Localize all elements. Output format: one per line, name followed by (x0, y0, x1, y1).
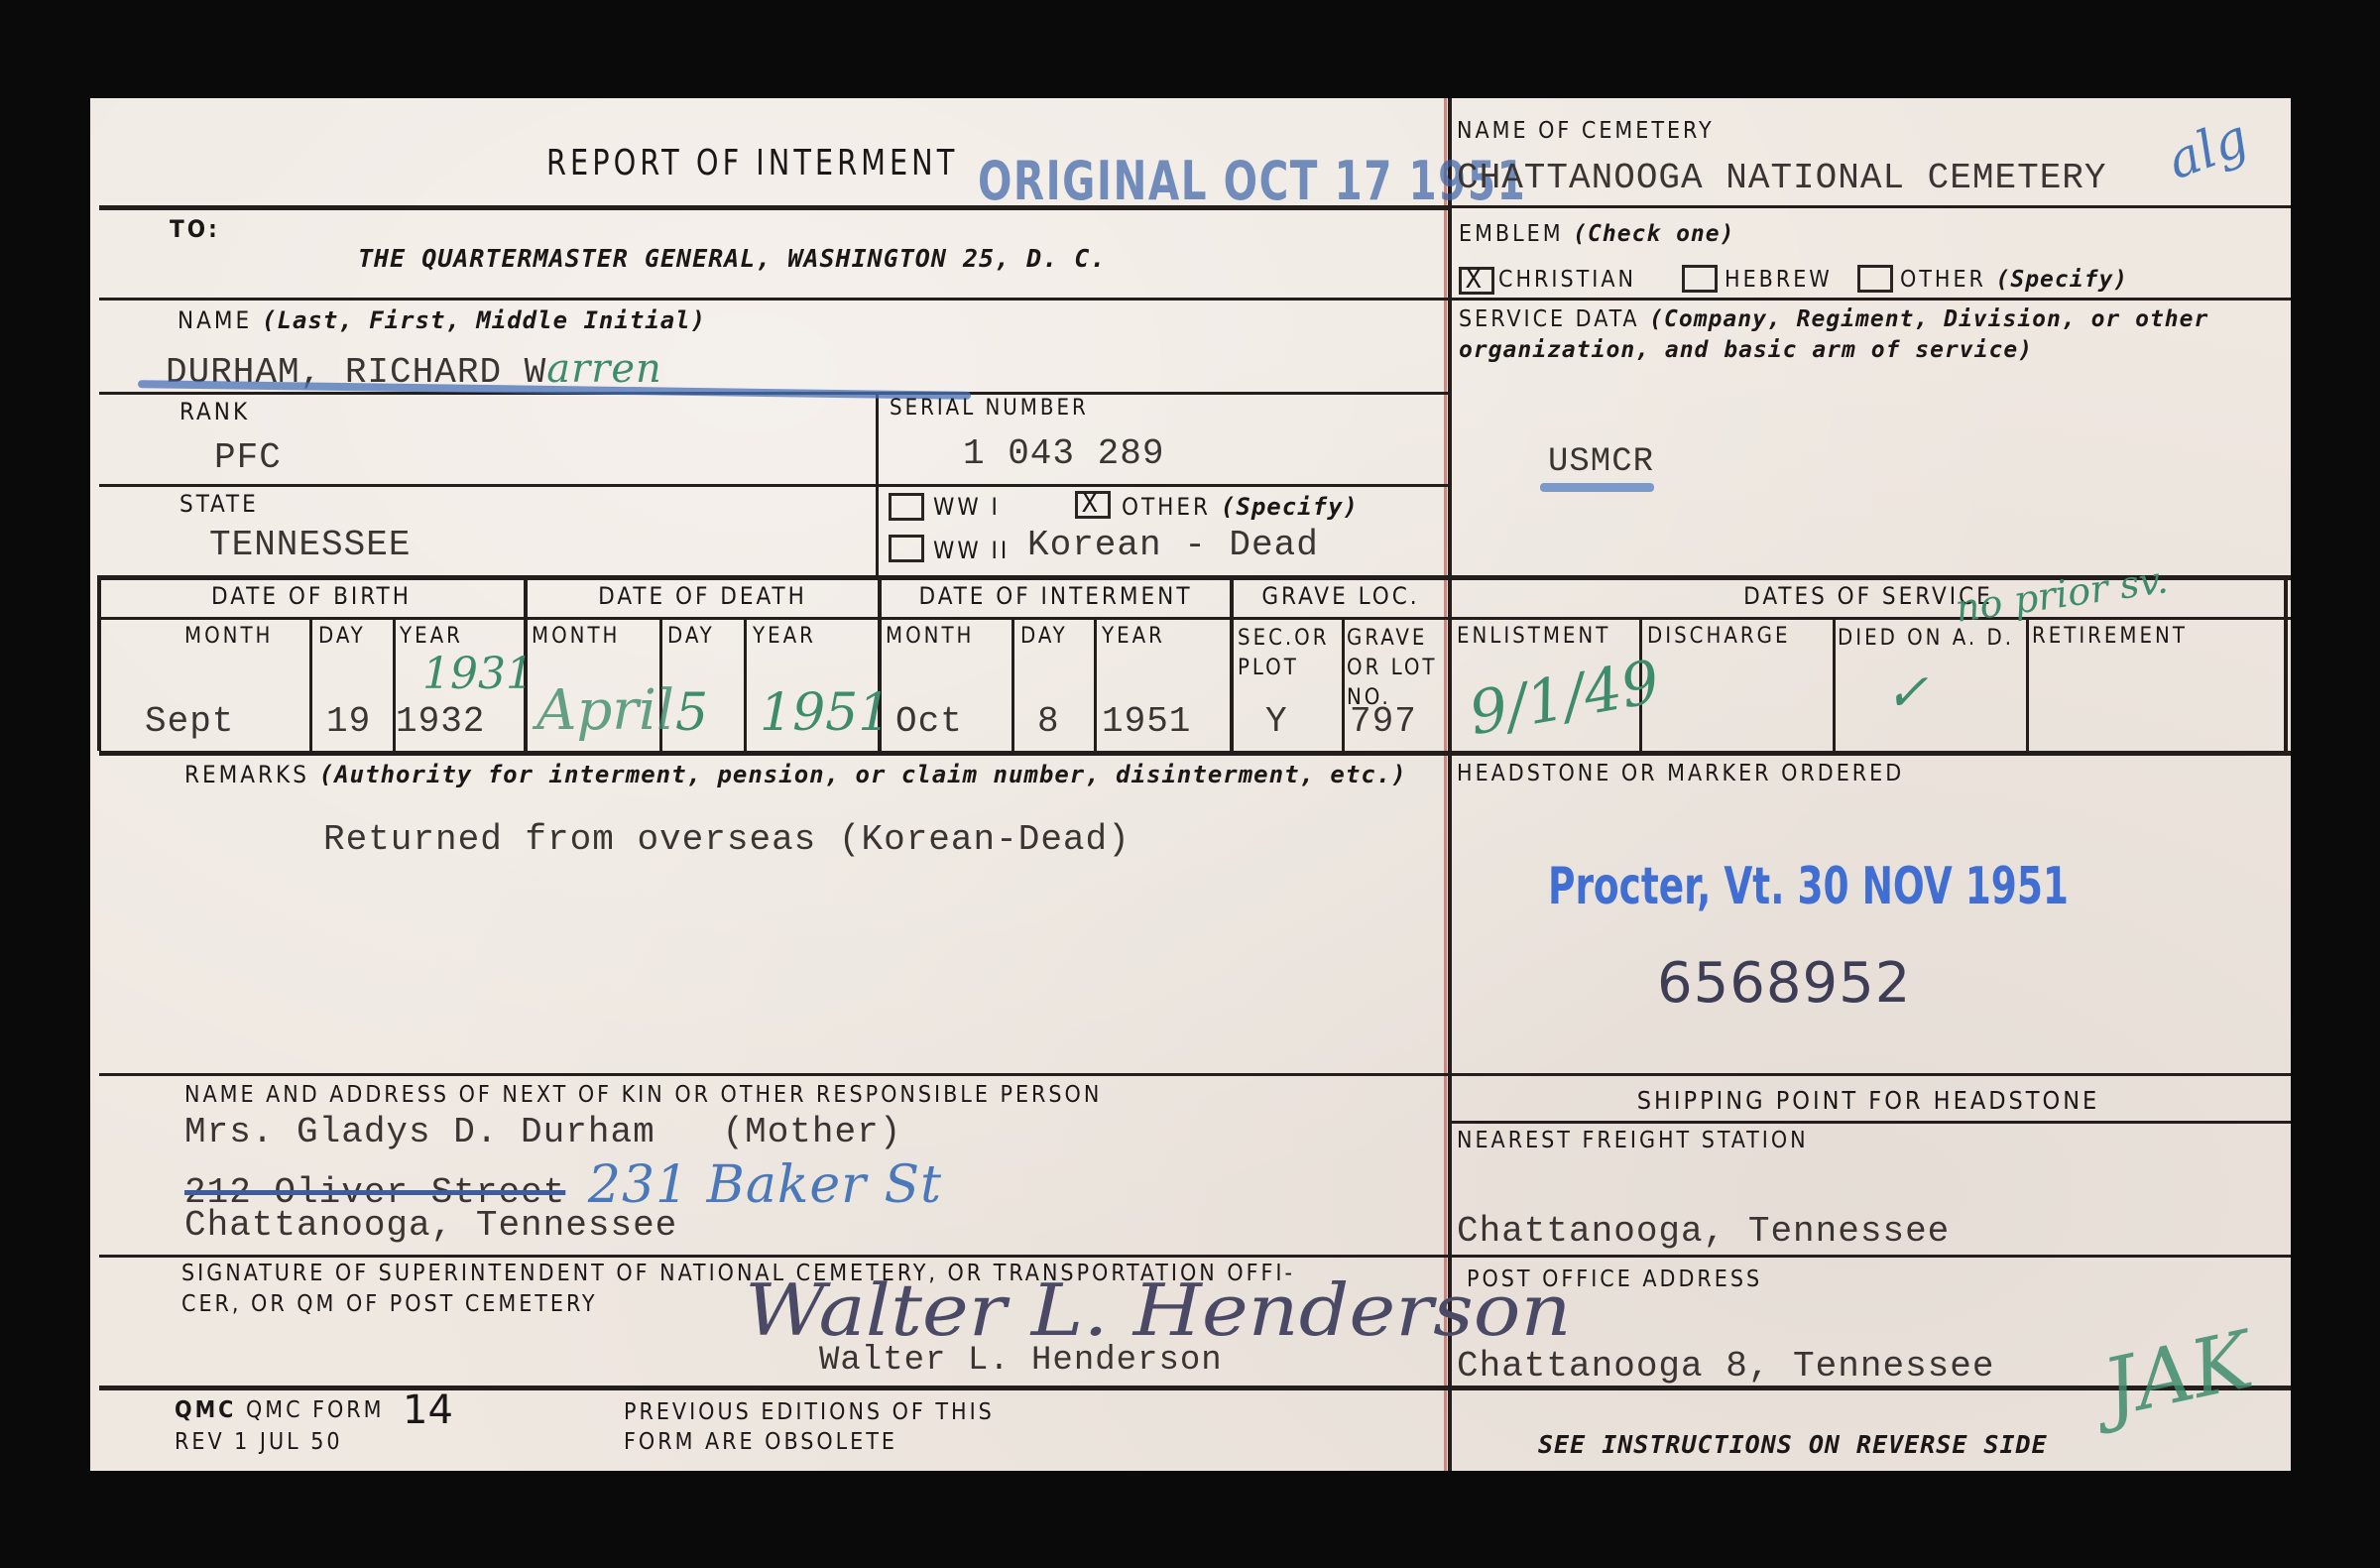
state-label: STATE (179, 490, 259, 518)
shipping-header: SHIPPING POINT FOR HEADSTONE (1452, 1086, 2285, 1115)
died-on-ad-label: DIED ON A. D. (1838, 624, 2021, 654)
rule (1448, 205, 2291, 208)
form-title: REPORT OF INTERMENT (546, 143, 958, 183)
grave-lot: 797 (1350, 701, 1417, 742)
rule (1833, 617, 1836, 751)
death-month: April (536, 678, 674, 743)
signature-typed: Walter L. Henderson (819, 1342, 1223, 1380)
birth-year-label: YEAR (400, 624, 463, 649)
emblem-christian-checkbox[interactable]: X (1459, 267, 1494, 295)
rule (1448, 1121, 2291, 1124)
birth-year: 1932 (396, 701, 485, 742)
ww2-checkbox[interactable] (889, 535, 924, 562)
interment-day-label: DAY (1020, 624, 1068, 649)
headstone-stamp: Procter, Vt. 30 NOV 1951 (1548, 857, 2069, 916)
ww1-checkbox[interactable] (889, 493, 924, 521)
cemetery-name: CHATTANOOGA NATIONAL CEMETERY (1457, 158, 2107, 198)
other-war-label: OTHER (Specify) (1122, 493, 1359, 521)
interment-report-card: REPORT OF INTERMENT ORIGINAL OCT 17 1951… (90, 98, 2291, 1471)
remarks-label: REMARKS (Authority for interment, pensio… (184, 761, 1470, 788)
next-of-kin-city: Chattanooga, Tennessee (184, 1205, 677, 1246)
rule (99, 575, 2291, 580)
death-year: 1951 (760, 683, 891, 743)
serial-number: 1 043 289 (963, 433, 1164, 474)
death-header: DATE OF DEATH (528, 582, 878, 610)
rule (1094, 617, 1097, 751)
rule (99, 484, 1448, 487)
remarks-value: Returned from overseas (Korean-Dead) (323, 819, 1130, 860)
state-value: TENNESSEE (209, 525, 411, 565)
next-of-kin-label: NAME AND ADDRESS OF NEXT OF KIN OR OTHER… (184, 1082, 1102, 1108)
rule (99, 1255, 2291, 1258)
name-label: NAME (Last, First, Middle Initial) (178, 306, 706, 334)
emblem-christian-label: CHRISTIAN (1498, 267, 1636, 293)
death-year-label: YEAR (753, 624, 816, 649)
rule (1448, 298, 2291, 301)
grave-header: GRAVE LOC. (1234, 582, 1448, 610)
rank-label: RANK (179, 398, 250, 425)
grave-lot-label: GRAVE OR LOT NO. (1347, 624, 1446, 713)
other-war-value: Korean - Dead (1027, 525, 1319, 565)
post-office-value: Chattanooga 8, Tennessee (1457, 1346, 1994, 1387)
interment-year: 1951 (1102, 701, 1191, 742)
rule (99, 751, 2291, 756)
retirement-label: RETIREMENT (2032, 624, 2188, 649)
headstone-label: HEADSTONE OR MARKER ORDERED (1457, 761, 1904, 786)
headstone-order-number: 6568952 (1657, 951, 1911, 1016)
emblem-label: EMBLEM (Check one) (1459, 221, 1734, 247)
death-month-label: MONTH (532, 624, 620, 649)
death-day: 5 (675, 683, 708, 743)
interment-day: 8 (1037, 701, 1060, 742)
rule (1011, 617, 1014, 751)
obsolete-note-line1: PREVIOUS EDITIONS OF THIS (624, 1399, 995, 1425)
rule (1342, 617, 1345, 751)
birth-day: 19 (326, 701, 371, 742)
to-recipient: THE QUARTERMASTER GENERAL, WASHINGTON 25… (358, 244, 1106, 273)
service-data-label: SERVICE DATA (Company, Regiment, Divisio… (1459, 304, 2252, 366)
emblem-hebrew-label: HEBREW (1725, 267, 1833, 293)
obsolete-note-line2: FORM ARE OBSOLETE (624, 1429, 897, 1455)
cemetery-initials: alg (2160, 108, 2256, 191)
discharge-label: DISCHARGE (1647, 624, 1791, 649)
to-label: TO: (170, 215, 220, 243)
service-data-value: USMCR (1548, 443, 1654, 481)
signature-handwritten: Walter L. Henderson (745, 1268, 1571, 1352)
interment-year-label: YEAR (1102, 624, 1165, 649)
birth-month-label: MONTH (184, 624, 273, 649)
birth-year-correction: 1931 (422, 649, 534, 699)
signature-label-line2: CER, OR QM OF POST CEMETERY (181, 1291, 598, 1317)
received-stamp: ORIGINAL OCT 17 1951 (978, 150, 1526, 212)
rule (744, 617, 747, 751)
rule (876, 392, 879, 575)
ww2-label: WW II (933, 537, 1010, 564)
enlistment-label: ENLISTMENT (1457, 624, 1610, 649)
emblem-hebrew-checkbox[interactable] (1682, 265, 1718, 293)
form-number: 14 (403, 1387, 453, 1433)
ww1-label: WW I (933, 493, 1001, 521)
rule (2026, 617, 2029, 751)
death-day-label: DAY (667, 624, 715, 649)
enlistment-value: 9/1/49 (1464, 648, 1664, 749)
interment-month: Oct (895, 701, 963, 742)
interment-month-label: MONTH (886, 624, 974, 649)
birth-day-label: DAY (318, 624, 366, 649)
rule (309, 617, 312, 751)
grave-sec-label: SEC.OR PLOT (1238, 624, 1337, 683)
freight-station-value: Chattanooga, Tennessee (1457, 1211, 1950, 1252)
birth-month: Sept (145, 701, 234, 742)
interment-header: DATE OF INTERMENT (882, 582, 1230, 610)
died-on-ad-check: ✓ (1885, 663, 1929, 723)
grave-sec: Y (1265, 701, 1288, 742)
birth-header: DATE OF BIRTH (99, 582, 524, 610)
blue-pencil-underline (1540, 483, 1654, 492)
rule (99, 1073, 2291, 1076)
form-id: QMC QMC FORM (175, 1397, 385, 1423)
emblem-other-label: OTHER (Specify) (1900, 267, 2128, 293)
freight-station-label: NEAREST FREIGHT STATION (1457, 1128, 1809, 1153)
post-office-label: POST OFFICE ADDRESS (1467, 1266, 1762, 1292)
reverse-instructions: SEE INSTRUCTIONS ON REVERSE SIDE (1538, 1430, 2048, 1459)
cemetery-label: NAME OF CEMETERY (1457, 118, 1715, 144)
reviewer-initials: JAK (2095, 1313, 2260, 1434)
other-war-checkbox[interactable]: X (1075, 491, 1111, 519)
next-of-kin-name: Mrs. Gladys D. Durham (Mother) (184, 1112, 901, 1152)
rank-value: PFC (214, 437, 282, 478)
serial-label: SERIAL NUMBER (890, 396, 1089, 421)
emblem-other-checkbox[interactable] (1857, 265, 1893, 293)
form-revision: REV 1 JUL 50 (175, 1429, 343, 1455)
rule (99, 298, 1448, 301)
